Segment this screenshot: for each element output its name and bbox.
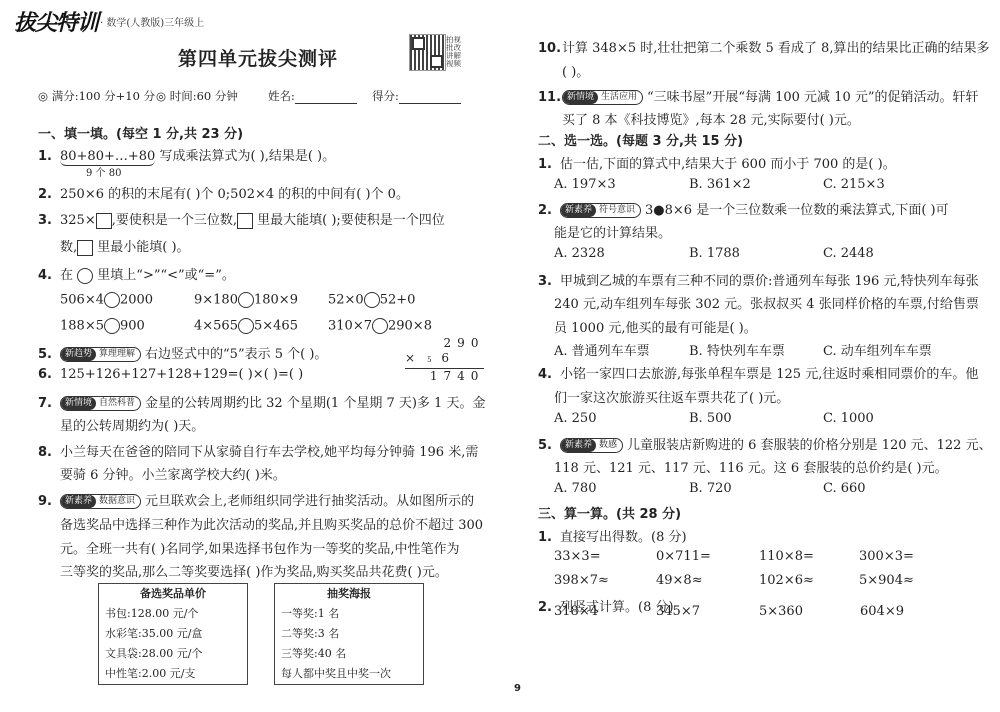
compare-circle[interactable] xyxy=(104,292,120,308)
question-text: 备选奖品中选择三种作为此次活动的奖品,并且购买奖品的总价不超过 300 xyxy=(60,514,483,533)
question-text: “三味书屋”开展“每满 100 元减 10 元”的促销活动。轩轩 xyxy=(647,90,978,105)
option-c[interactable]: C. 215×3 xyxy=(823,177,885,192)
score-blank[interactable] xyxy=(399,91,461,104)
section1-heading: 一、填一填。(每空 1 分,共 23 分) xyxy=(38,123,243,142)
option-a[interactable]: A. 780 xyxy=(554,481,596,496)
card-item: 文具袋:28.00 元/个 xyxy=(105,644,241,664)
question-number: 11. xyxy=(538,90,562,105)
question-text: 数, xyxy=(60,240,77,255)
question-text: 里最大能填( );要使积是一个四位 xyxy=(253,213,445,228)
question-text: 儿童服装店新购进的 6 套服装的价格分别是 120 元、122 元、 xyxy=(627,438,992,453)
right-expr: 2000 xyxy=(120,293,153,308)
question-text: 小铭一家四口去旅游,每张单程车票是 125 元,往返时乘相同票价的车。他 xyxy=(560,367,978,382)
subject-label: · 数学(人教版)三年级上 xyxy=(100,14,204,29)
prize-price-card: 备选奖品单价 书包:128.00 元/个 水彩笔:35.00 元/盒 文具袋:2… xyxy=(98,583,248,685)
section2-heading: 二、选一选。(每题 3 分,共 15 分) xyxy=(538,130,743,149)
question-text: 三等奖的奖品,那么二等奖要选择( )作为奖品,购买奖品共花费( )元。 xyxy=(60,561,448,580)
left-expr: 4×565 xyxy=(194,319,238,334)
question-text: 250×6 的积的末尾有( )个 0;502×4 的积的中间有( )个 0。 xyxy=(60,187,409,202)
question-number: 1. xyxy=(538,157,560,172)
tag-secondary: 符号意识 xyxy=(596,204,640,217)
tag-badge: 新素养数据意识 xyxy=(60,494,141,509)
compare-circle[interactable] xyxy=(372,318,388,334)
question-text: 里填上“>”“<”或“=”。 xyxy=(97,268,235,283)
brand-logo: 拔尖特训 xyxy=(14,6,98,37)
compare-circle[interactable] xyxy=(104,318,120,334)
question-2-4: 4.小铭一家四口去旅游,每张单程车票是 125 元,往返时乘相同票价的车。他 xyxy=(538,363,978,382)
answer-box[interactable] xyxy=(96,213,112,229)
tag-badge: 新素养符号意识 xyxy=(560,203,641,218)
question-text: 员 1000 元,他买的最有可能是( )。 xyxy=(554,317,757,336)
right-expr: 290×8 xyxy=(388,319,432,334)
vertical-calc-item[interactable]: 318×4 xyxy=(554,604,598,619)
right-expr: 5×465 xyxy=(254,319,298,334)
question-number: 3. xyxy=(538,274,560,289)
question-2-1: 1.估一估,下面的算式中,结果大于 600 而小于 700 的是( )。 xyxy=(538,153,896,172)
answer-box[interactable] xyxy=(77,240,93,256)
compare-item[interactable]: 310×7290×8 xyxy=(328,318,432,334)
qr-code-icon[interactable] xyxy=(409,34,446,71)
tag-badge: 新趋势算理理解 xyxy=(60,347,141,362)
question-text: 元旦联欢会上,老师组织同学进行抽奖活动。从如图所示的 xyxy=(145,494,474,509)
question-1-4: 4.在 里填上“>”“<”或“=”。 xyxy=(38,264,235,284)
left-expr: 52×0 xyxy=(328,293,364,308)
card-title: 抽奖海报 xyxy=(281,584,417,604)
card-item: 书包:128.00 元/个 xyxy=(105,604,241,624)
question-text: 写成乘法算式为( ),结果是( )。 xyxy=(155,149,335,164)
section3-heading: 三、算一算。(共 28 分) xyxy=(538,503,681,522)
left-expr: 188×5 xyxy=(60,319,104,334)
tag-badge: 新情境生活应用 xyxy=(562,90,643,105)
name-blank[interactable] xyxy=(295,91,357,104)
card-item: 水彩笔:35.00 元/盒 xyxy=(105,624,241,644)
right-expr: 180×9 xyxy=(254,293,298,308)
left-expr: 310×7 xyxy=(328,319,372,334)
question-1-3-cont: 数, 里最小能填( )。 xyxy=(60,236,190,256)
question-text: 直接写出得数。(8 分) xyxy=(560,530,687,545)
option-a[interactable]: A. 普通列车车票 xyxy=(554,340,650,359)
question-text: 甲城到乙城的车票有三种不同的票价:普通列车每张 196 元,特快列车每张 xyxy=(560,274,979,289)
question-1-2: 2.250×6 的积的末尾有( )个 0;502×4 的积的中间有( )个 0。 xyxy=(38,183,409,202)
left-expr: 506×4 xyxy=(60,293,104,308)
question-text: 计算 348×5 时,壮壮把第二个乘数 5 看成了 8,算出的结果比正确的结果多 xyxy=(562,41,989,56)
question-1-6: 6.125+126+127+128+129=( )×( )=( ) xyxy=(38,367,303,382)
option-c[interactable]: C. 660 xyxy=(823,481,866,496)
tag-secondary: 生活应用 xyxy=(598,91,642,104)
tag-primary: 新情境 xyxy=(61,397,96,410)
question-number: 1. xyxy=(38,149,60,164)
compare-item[interactable]: 52×052+0 xyxy=(328,292,415,308)
question-text: 小兰每天在爸爸的陪同下从家骑自行车去学校,她平均每分钟骑 196 米,需 xyxy=(60,445,478,460)
question-number: 4. xyxy=(38,268,60,283)
left-expr: 9×180 xyxy=(194,293,238,308)
name-field[interactable]: 姓名: xyxy=(268,88,357,104)
multiplicand: 290 xyxy=(405,336,484,351)
name-label: 姓名: xyxy=(268,89,295,103)
option-c[interactable]: C. 2448 xyxy=(823,246,874,261)
right-expr: 900 xyxy=(120,319,145,334)
question-text: 元。全班一共有( )名同学,如果选择书包作为一等奖的奖品,中性笔作为 xyxy=(60,538,460,557)
compare-item[interactable]: 9×180180×9 xyxy=(194,292,298,308)
tag-badge: 新素养数感 xyxy=(560,438,623,453)
time-limit: ◎ 时间:60 分钟 xyxy=(156,88,238,104)
vertical-calc-item[interactable]: 604×9 xyxy=(860,604,904,619)
calc-item[interactable]: 5×904≈ xyxy=(859,573,914,588)
option-b[interactable]: B. 361×2 xyxy=(689,177,751,192)
calc-item[interactable]: 110×8= xyxy=(759,549,814,564)
lottery-poster-card: 抽奖海报 一等奖:1 名 二等奖:3 名 三等奖:40 名 每人都中奖且中奖一次 xyxy=(274,583,424,685)
question-number: 8. xyxy=(38,445,60,460)
right-expr: 52+0 xyxy=(380,293,416,308)
question-1-5: 5.新趋势算理理解右边竖式中的“5”表示 5 个( )。 xyxy=(38,343,327,362)
calc-item[interactable]: 300×3= xyxy=(859,549,914,564)
question-number: 4. xyxy=(538,367,560,382)
compare-circle[interactable] xyxy=(238,292,254,308)
circle-icon xyxy=(77,268,93,284)
question-text: 在 xyxy=(60,268,73,283)
option-a[interactable]: A. 250 xyxy=(554,411,596,426)
question-text: 3●8×6 是一个三位数乘一位数的乘法算式,下面( )可 xyxy=(645,203,949,218)
question-number: 10. xyxy=(538,41,562,56)
question-3-1: 1.直接写出得数。(8 分) xyxy=(538,526,687,545)
vertical-calc-item[interactable]: 345×7 xyxy=(656,604,700,619)
question-text: 星的公转周期约为( )天。 xyxy=(60,415,204,434)
option-c[interactable]: C. 动车组列车车票 xyxy=(823,340,932,359)
page-number: 9 xyxy=(514,683,521,694)
question-1-11: 11.新情境生活应用“三味书屋”开展“每满 100 元减 10 元”的促销活动。… xyxy=(538,86,979,105)
question-text: 金星的公转周期约比 32 个星期(1 个星期 7 天)多 1 天。金 xyxy=(145,396,485,411)
compare-circle[interactable] xyxy=(364,292,380,308)
full-score: ◎ 满分:100 分+10 分 xyxy=(38,88,155,104)
question-number: 5. xyxy=(538,438,560,453)
question-number: 7. xyxy=(38,396,60,411)
question-text: 估一估,下面的算式中,结果大于 600 而小于 700 的是( )。 xyxy=(560,157,896,172)
question-number: 1. xyxy=(538,530,560,545)
compare-item[interactable]: 506×42000 xyxy=(60,292,153,308)
question-text: 118 元、121 元、117 元、116 元。这 6 套服装的总价约是( )元… xyxy=(554,457,948,476)
multiplier-row: ×5 6 xyxy=(405,351,484,368)
question-1-1: 1.80+80+…+80 写成乘法算式为( ),结果是( )。 xyxy=(38,145,335,164)
qr-caption: 拍视批改 讲解视频 xyxy=(446,36,464,68)
question-number: 6. xyxy=(38,367,60,382)
question-number: 3. xyxy=(38,213,60,228)
question-text: 能是它的计算结果。 xyxy=(554,222,671,241)
card-item: 二等奖:3 名 xyxy=(281,624,417,644)
calc-item[interactable]: 0×711= xyxy=(656,549,711,564)
card-item: 三等奖:40 名 xyxy=(281,644,417,664)
option-b[interactable]: B. 720 xyxy=(689,481,732,496)
tag-primary: 新素养 xyxy=(61,495,96,508)
carry-digit: 5 xyxy=(427,356,431,364)
calc-item[interactable]: 33×3= xyxy=(554,549,601,564)
question-1-8: 8.小兰每天在爸爸的陪同下从家骑自行车去学校,她平均每分钟骑 196 米,需 xyxy=(38,441,478,460)
tag-badge: 新情境自然科普 xyxy=(60,396,141,411)
question-text: 里最小能填( )。 xyxy=(93,240,189,255)
score-field[interactable]: 得分: xyxy=(372,88,461,104)
question-text: 要骑 6 分钟。小兰家离学校大约( )米。 xyxy=(60,464,286,483)
score-label: 得分: xyxy=(372,89,399,103)
question-1-7: 7.新情境自然科普金星的公转周期约比 32 个星期(1 个星期 7 天)多 1 … xyxy=(38,392,485,411)
brace-label: 9 个 80 xyxy=(86,164,121,179)
multiplier: 6 xyxy=(441,351,455,365)
option-a[interactable]: A. 197×3 xyxy=(554,177,616,192)
question-1-10: 10.计算 348×5 时,壮壮把第二个乘数 5 看成了 8,算出的结果比正确的… xyxy=(538,37,989,56)
tag-primary: 新素养 xyxy=(561,204,596,217)
vertical-multiplication: 290 ×5 6 1740 xyxy=(405,336,484,384)
tag-secondary: 算理理解 xyxy=(96,348,140,361)
tag-secondary: 数据意识 xyxy=(96,495,140,508)
question-number: 9. xyxy=(38,494,60,509)
option-b[interactable]: B. 特快列车车票 xyxy=(689,340,785,359)
answer-box[interactable] xyxy=(237,213,253,229)
option-b[interactable]: B. 500 xyxy=(689,411,732,426)
compare-item[interactable]: 4×5655×465 xyxy=(194,318,298,334)
times-sign: × xyxy=(405,351,421,365)
question-number: 2. xyxy=(538,203,560,218)
tag-primary: 新情境 xyxy=(563,91,598,104)
card-item: 中性笔:2.00 元/支 xyxy=(105,664,241,684)
question-number: 2. xyxy=(38,187,60,202)
card-title: 备选奖品单价 xyxy=(105,584,241,604)
option-c[interactable]: C. 1000 xyxy=(823,411,874,426)
question-text: ( )。 xyxy=(562,61,589,80)
question-1-9: 9.新素养数据意识元旦联欢会上,老师组织同学进行抽奖活动。从如图所示的 xyxy=(38,490,474,509)
question-text: 右边竖式中的“5”表示 5 个( )。 xyxy=(145,347,327,362)
card-item: 一等奖:1 名 xyxy=(281,604,417,624)
question-2-3: 3.甲城到乙城的车票有三种不同的票价:普通列车每张 196 元,特快列车每张 xyxy=(538,270,979,289)
vertical-calc-item[interactable]: 5×360 xyxy=(759,604,803,619)
compare-circle[interactable] xyxy=(238,318,254,334)
calc-item[interactable]: 49×8≈ xyxy=(656,573,703,588)
tag-primary: 新趋势 xyxy=(61,348,96,361)
card-item: 每人都中奖且中奖一次 xyxy=(281,664,417,684)
question-text: 240 元,动车组列车每张 302 元。张叔叔买 4 张同样价格的车票,付给售票 xyxy=(554,293,979,312)
question-text: 买了 8 本《科技博览》,每本 28 元,实际要付( )元。 xyxy=(562,109,860,128)
question-text: ,要使积是一个三位数, xyxy=(112,213,237,228)
product: 1740 xyxy=(405,368,484,384)
option-a[interactable]: A. 2328 xyxy=(554,246,605,261)
question-1-3: 3.325×,要使积是一个三位数, 里最大能填( );要使积是一个四位 xyxy=(38,209,445,229)
question-text: 125+126+127+128+129=( )×( )=( ) xyxy=(60,367,303,382)
question-2-2: 2.新素养符号意识3●8×6 是一个三位数乘一位数的乘法算式,下面( )可 xyxy=(538,199,949,218)
question-2-5: 5.新素养数感儿童服装店新购进的 6 套服装的价格分别是 120 元、122 元… xyxy=(538,434,992,453)
page-title: 第四单元拔尖测评 xyxy=(178,44,338,71)
question-text: 325× xyxy=(60,213,96,228)
calc-item[interactable]: 102×6≈ xyxy=(759,573,814,588)
question-text: 们一家这次旅游买往返车票共花了( )元。 xyxy=(554,387,789,406)
tag-primary: 新素养 xyxy=(561,439,596,452)
calc-item[interactable]: 398×7≈ xyxy=(554,573,609,588)
compare-item[interactable]: 188×5900 xyxy=(60,318,145,334)
tag-secondary: 自然科普 xyxy=(96,397,140,410)
question-number: 5. xyxy=(38,347,60,362)
tag-secondary: 数感 xyxy=(596,439,622,452)
option-b[interactable]: B. 1788 xyxy=(689,246,740,261)
